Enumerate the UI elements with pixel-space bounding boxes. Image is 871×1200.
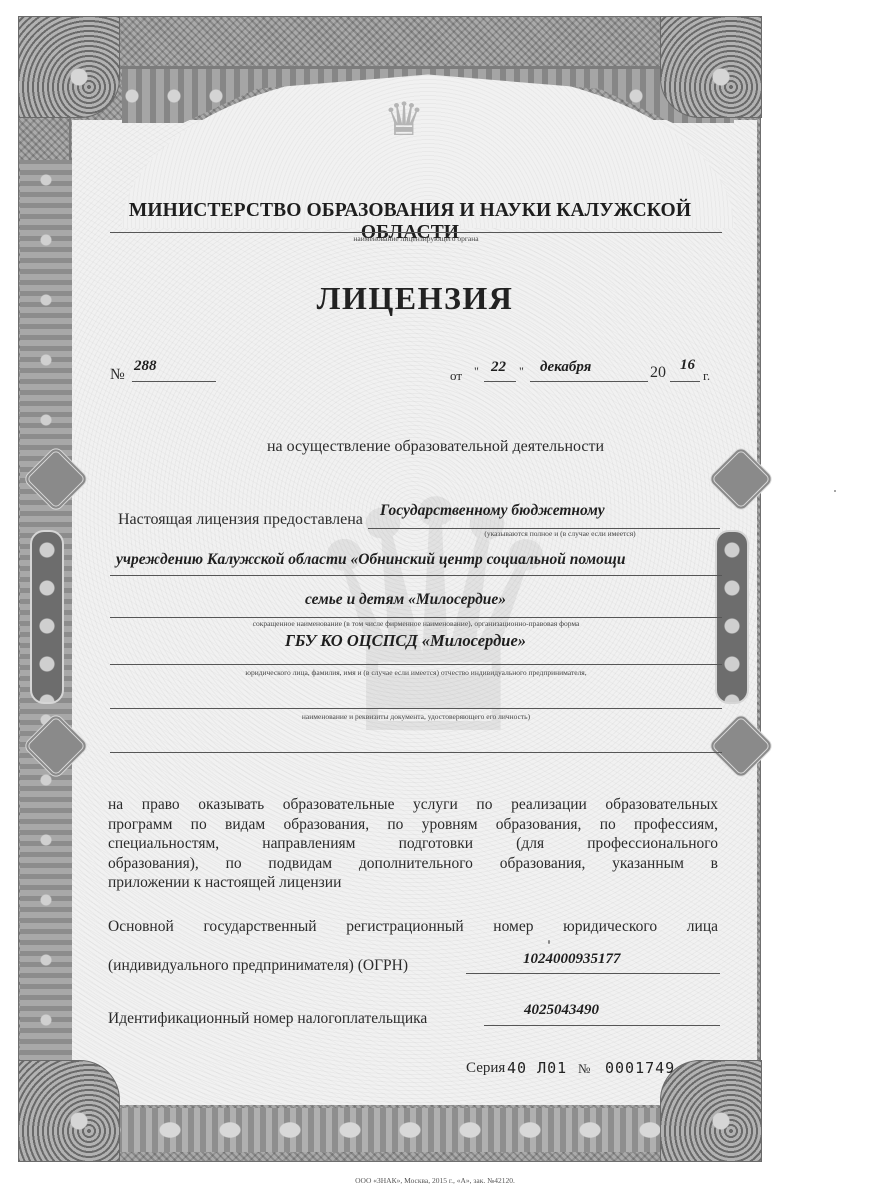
rights-line-2: программ по видам образования, по уровня…	[108, 815, 718, 835]
ogrn-label-line-1: Основной государственный регистрационный…	[108, 918, 718, 936]
day-underline	[484, 381, 516, 382]
rights-paragraph: на право оказывать образовательные услуг…	[108, 795, 718, 893]
date-year: 16	[680, 357, 695, 374]
coat-of-arms-icon: ♛	[378, 88, 430, 150]
ogrn-label-line-2: (индивидуального предпринимателя) (ОГРН)	[108, 957, 408, 975]
date-quote-open: "	[474, 364, 479, 379]
ogrn-value: 1024000935177	[523, 951, 621, 968]
date-day: 22	[491, 359, 506, 376]
blank-underline	[110, 752, 722, 753]
inn-value: 4025043490	[524, 1002, 599, 1019]
scan-speck	[834, 490, 836, 492]
granted-to-label: Настоящая лицензия предоставлена	[118, 511, 363, 529]
left-ornament-panel	[30, 530, 64, 704]
date-suffix: г.	[703, 368, 710, 384]
rights-line-5: приложении к настоящей лицензии	[108, 873, 718, 893]
month-underline	[530, 381, 648, 382]
license-purpose: на осуществление образовательной деятель…	[0, 438, 871, 456]
bottom-border-band	[80, 1108, 750, 1152]
licensee-name-line-3: семье и детям «Милосердие»	[0, 591, 811, 609]
short-name-underline	[110, 664, 722, 665]
document-title: ЛИЦЕНЗИЯ	[200, 280, 630, 317]
date-quote-close: "	[519, 364, 524, 379]
number-label: №	[110, 366, 125, 384]
issuer-underline	[110, 232, 722, 233]
corner-ornament-bottom-left	[18, 1060, 120, 1162]
serial-number-label: №	[578, 1061, 590, 1077]
licensee-short-name: ГБУ КО ОЦСПСД «Милосердие»	[0, 631, 811, 651]
number-underline	[132, 381, 216, 382]
licensee-line-3-underline	[110, 617, 722, 618]
rights-line-4: образования), по подвидам дополнительног…	[108, 854, 718, 874]
series-label: Серия	[466, 1060, 505, 1077]
ogrn-underline	[466, 973, 720, 974]
rights-line-1: на право оказывать образовательные услуг…	[108, 795, 718, 815]
serial-number: 0001749	[605, 1059, 675, 1077]
inn-label: Идентификационный номер налогоплательщик…	[108, 1010, 427, 1028]
licensee-name-line-1: Государственному бюджетному	[380, 502, 605, 520]
corner-ornament-bottom-right	[660, 1060, 762, 1162]
license-number: 288	[134, 358, 157, 375]
licensee-name-line-2: учреждению Калужской области «Обнинский …	[116, 551, 625, 569]
date-prefix: от	[450, 368, 462, 384]
caption-id-document: наименование и реквизиты документа, удос…	[110, 712, 722, 721]
licensee-line-2-underline	[110, 575, 722, 576]
year-underline	[670, 381, 700, 382]
caption-full-name: (указываются полное и (в случае если име…	[430, 529, 690, 538]
printer-footer: ООО «ЗНАК», Москва, 2015 г., «А», зак. №…	[300, 1176, 570, 1185]
caption-legal-entity: юридического лица, фамилия, имя и (в слу…	[110, 668, 722, 677]
date-month: декабря	[540, 359, 591, 376]
corner-ornament-top-left	[18, 16, 120, 118]
inn-underline	[484, 1025, 720, 1026]
date-century: 20	[650, 364, 666, 382]
series-value: 40 Л01	[507, 1059, 567, 1077]
issuer-caption: наименование лицензирующего органа	[110, 234, 722, 243]
scan-speck	[548, 940, 550, 944]
caption-short-name: сокращенное наименование (в том числе фи…	[110, 619, 722, 628]
id-document-underline	[110, 708, 722, 709]
corner-ornament-top-right	[660, 16, 762, 118]
rights-line-3: специальностям, направлениям подготовки …	[108, 834, 718, 854]
